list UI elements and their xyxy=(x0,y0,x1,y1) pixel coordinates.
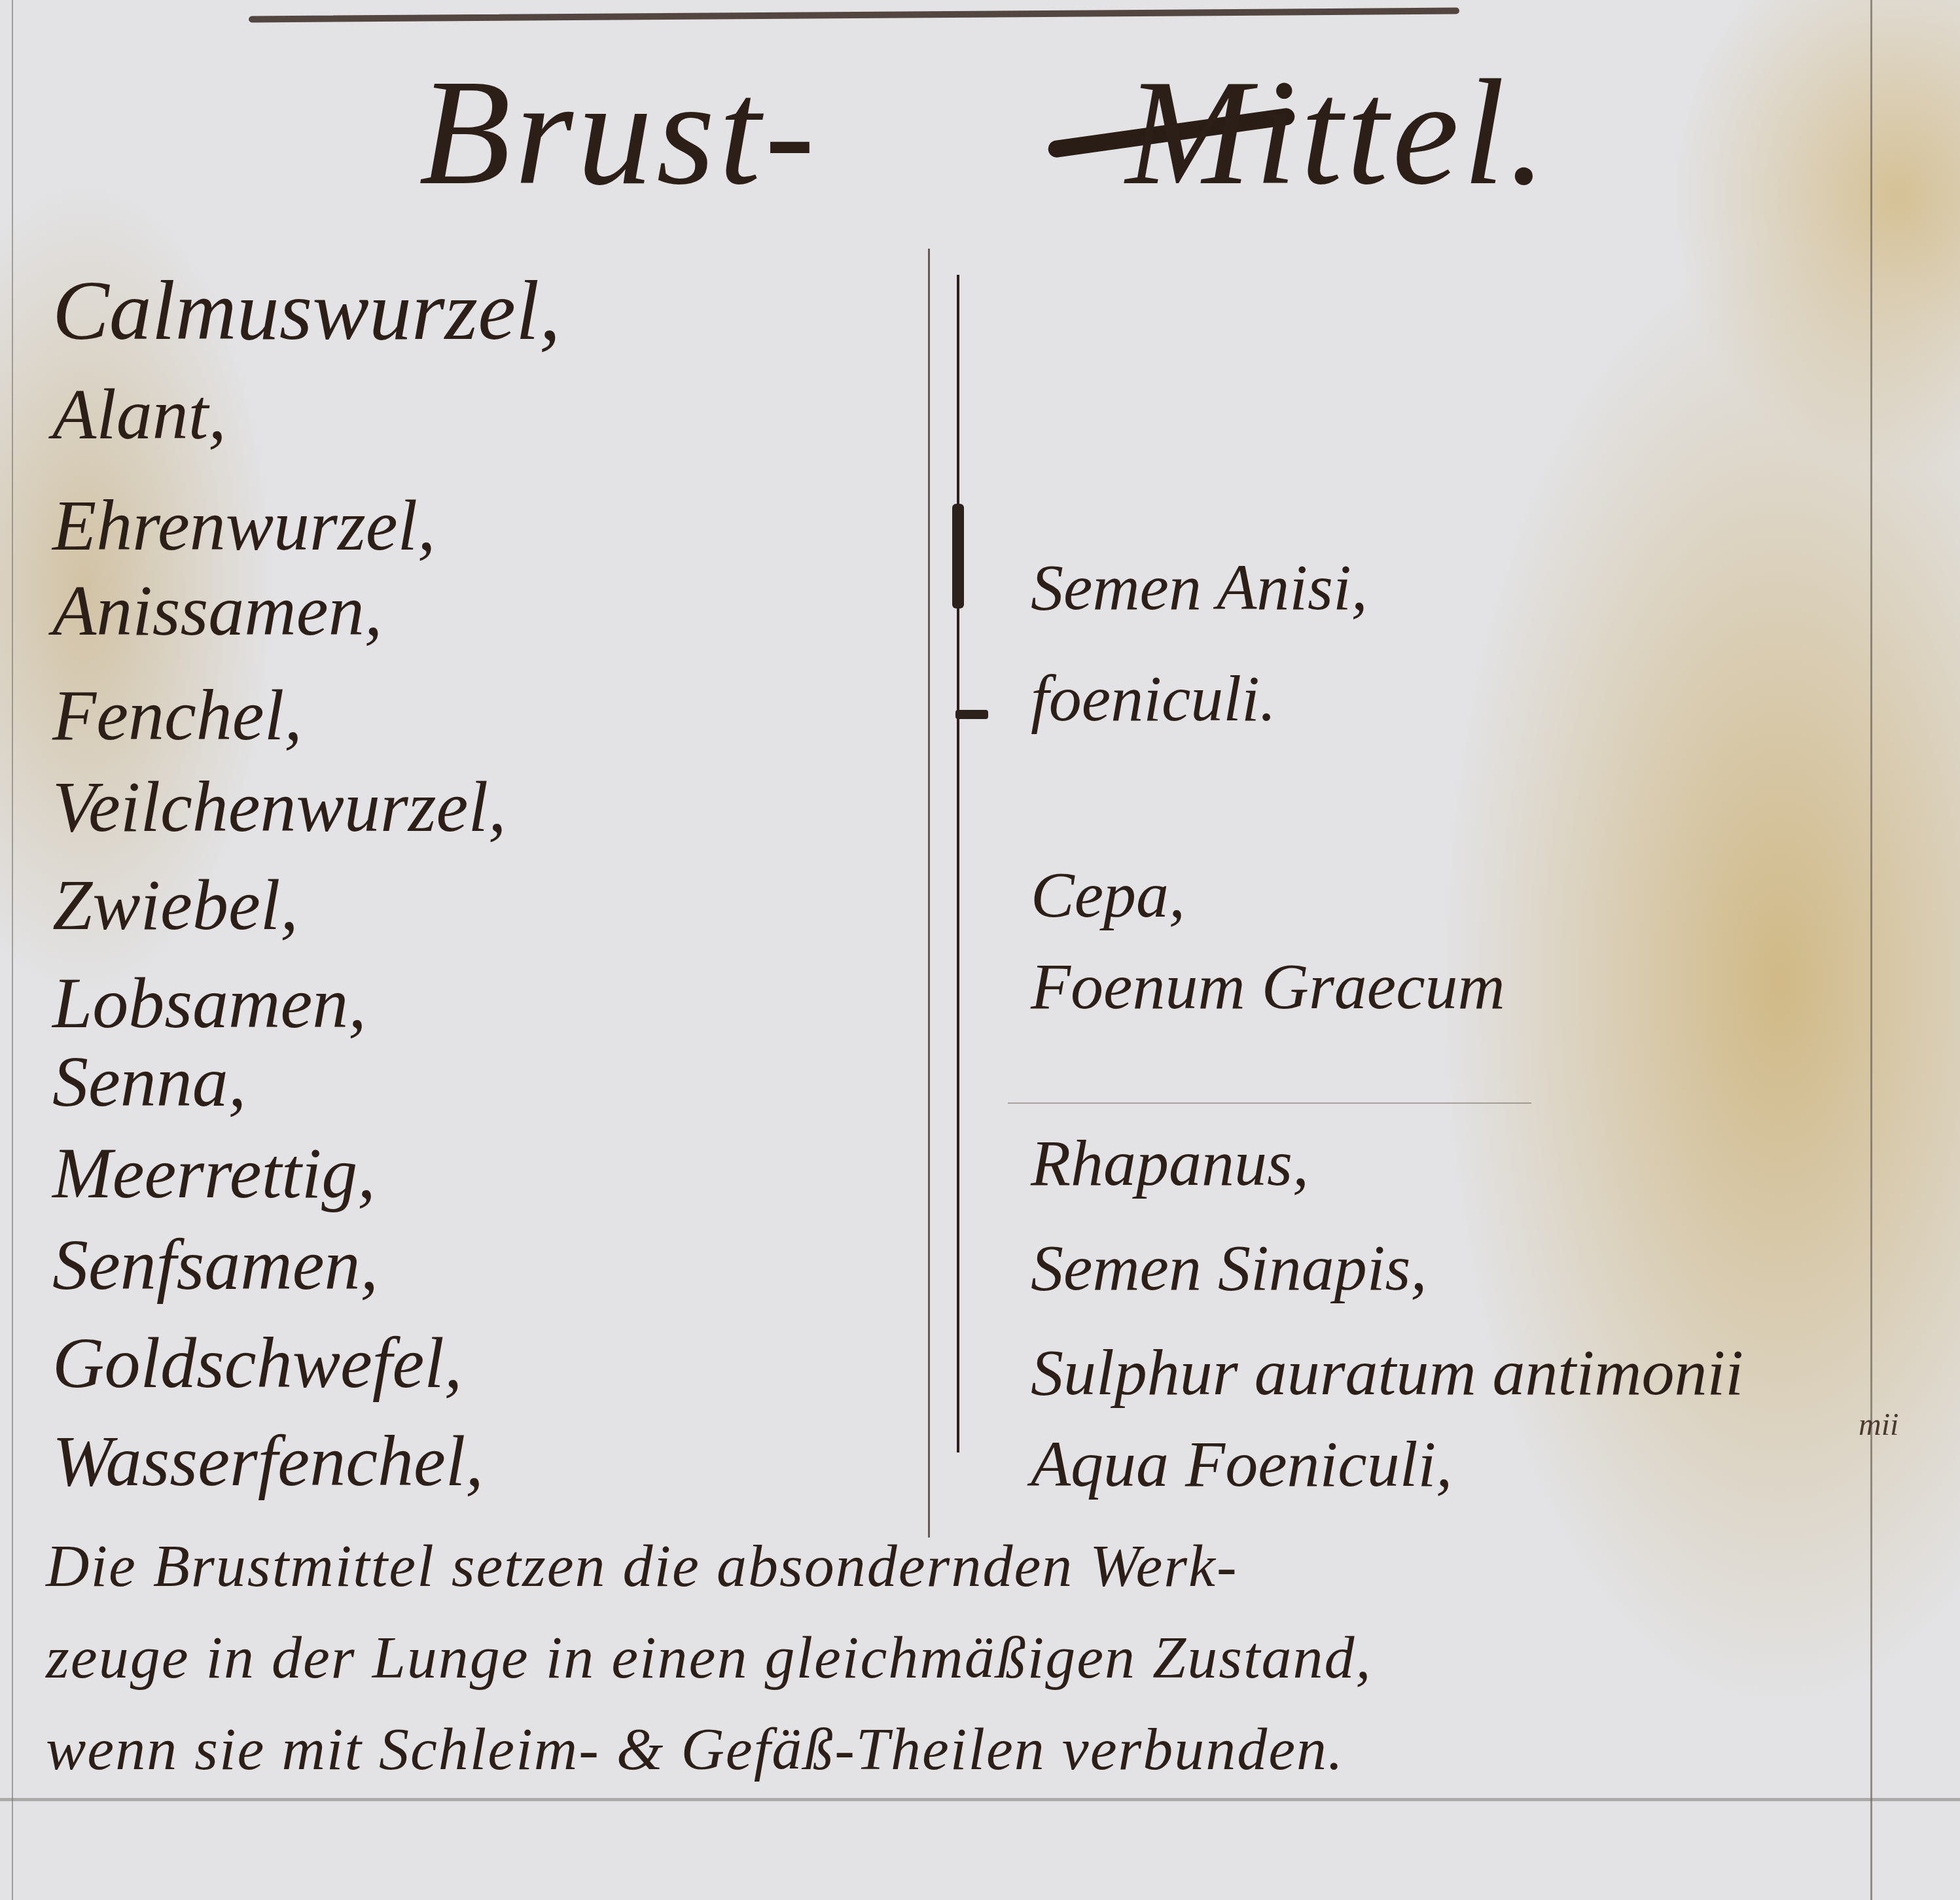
list-item: foeniculi. xyxy=(1031,661,1276,736)
group-separator-line xyxy=(1008,1102,1531,1104)
list-item: Ehrenwurzel, xyxy=(52,484,436,567)
list-item: Senna, xyxy=(52,1040,246,1123)
list-item: Anissamen, xyxy=(52,569,382,652)
list-item: Zwiebel, xyxy=(52,864,298,947)
list-item: Alant, xyxy=(52,373,226,456)
list-item: Cepa, xyxy=(1031,857,1185,932)
ink-dash xyxy=(955,710,988,719)
left-margin-line xyxy=(12,0,13,1900)
list-item: Lobsamen, xyxy=(52,962,366,1045)
list-item: Semen Sinapis, xyxy=(1031,1230,1427,1305)
list-item: Wasserfenchel, xyxy=(52,1420,484,1503)
list-item: Rhapanus, xyxy=(1031,1125,1309,1201)
list-item: Aqua Foeniculi, xyxy=(1031,1426,1452,1502)
paragraph-line: wenn sie mit Schleim- & Gefäß-Theilen ve… xyxy=(46,1714,1344,1784)
title-word-mittel: Mittel. xyxy=(1126,46,1550,219)
list-item: Veilchenwurzel, xyxy=(52,765,506,849)
title-word-brust: Brust- xyxy=(419,46,819,219)
right-margin-line xyxy=(1870,0,1872,1900)
ink-blot xyxy=(952,504,964,608)
bottom-rule-line xyxy=(0,1798,1960,1801)
list-item: Senfsamen, xyxy=(52,1223,378,1307)
margin-note: mii xyxy=(1859,1407,1898,1443)
paragraph-line: Die Brustmittel setzen die absondernden … xyxy=(46,1531,1238,1600)
list-item: Meerrettig, xyxy=(52,1132,376,1215)
list-item: Calmuswurzel, xyxy=(52,262,561,360)
list-item: Foenum Graecum xyxy=(1031,949,1505,1024)
column-divider-line-bold xyxy=(957,275,959,1452)
list-item: Sulphur auratum antimonii xyxy=(1031,1335,1743,1410)
top-rule-line xyxy=(249,8,1459,23)
list-item: Semen Anisi, xyxy=(1031,550,1368,625)
paragraph-line: zeuge in der Lunge in einen gleichmäßige… xyxy=(46,1623,1372,1692)
column-divider-line xyxy=(928,249,930,1538)
list-item: Goldschwefel, xyxy=(52,1322,462,1405)
list-item: Fenchel, xyxy=(52,674,302,757)
manuscript-page: Brust- Mittel. Calmuswurzel, Alant, Ehre… xyxy=(0,0,1960,1900)
